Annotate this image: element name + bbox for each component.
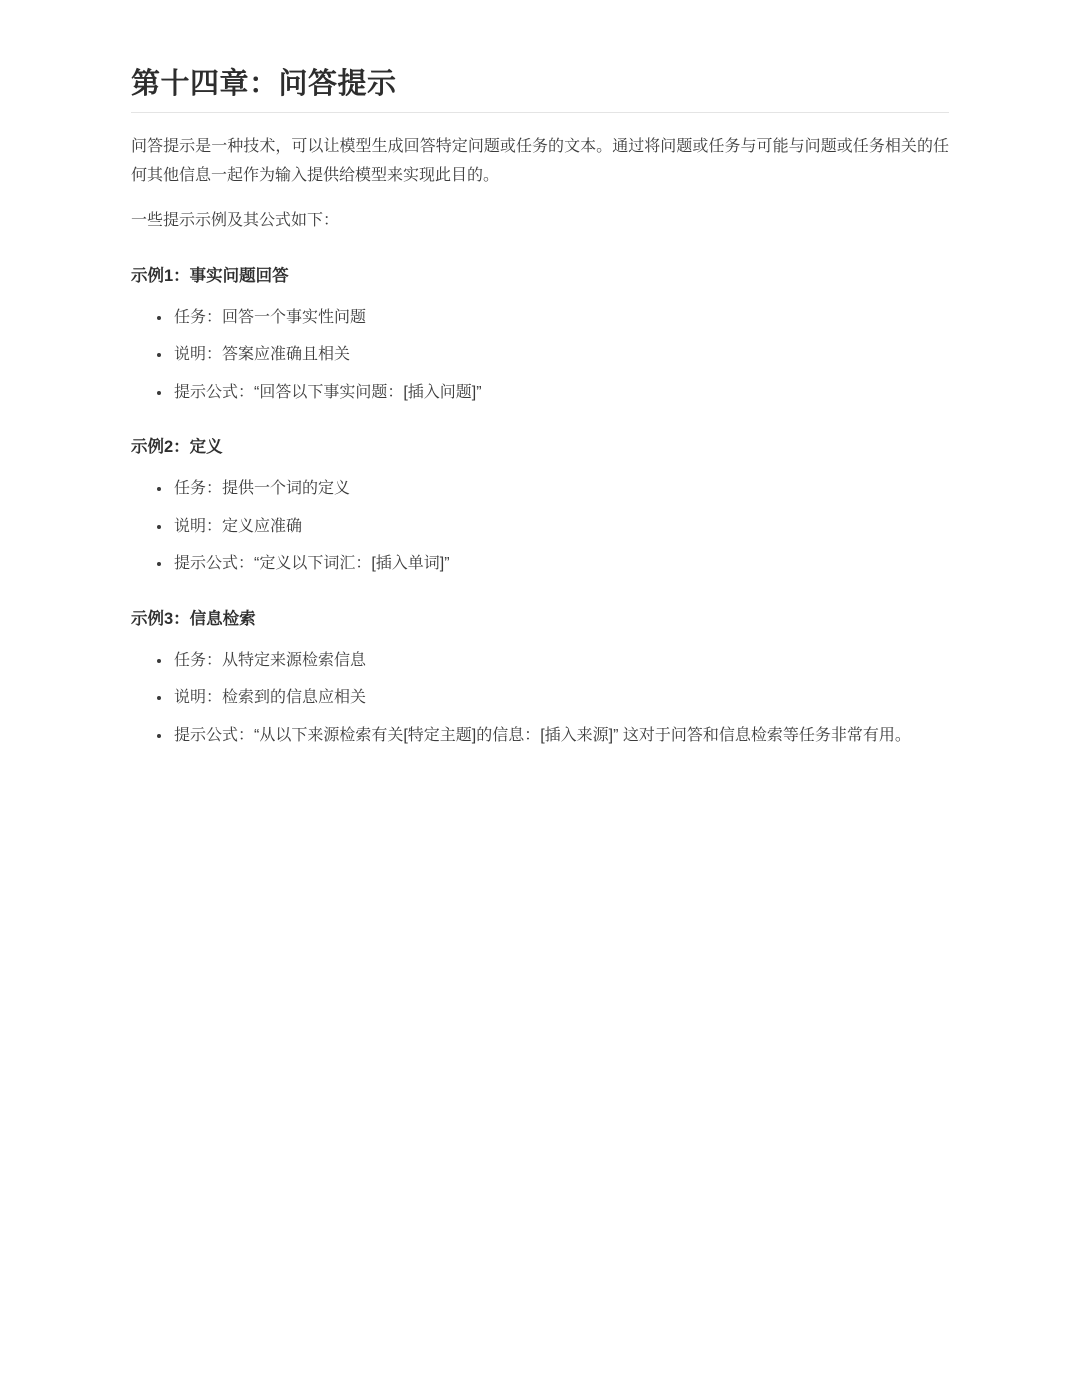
list-item-instruction: 说明：答案应准确且相关 bbox=[172, 341, 949, 369]
list-item-formula: 提示公式：“定义以下词汇：[插入单词]” bbox=[172, 550, 949, 578]
example-1-list: 任务：回答一个事实性问题 说明：答案应准确且相关 提示公式：“回答以下事实问题：… bbox=[131, 304, 949, 407]
page-title: 第十四章：问答提示 bbox=[131, 66, 949, 113]
list-item-instruction: 说明：检索到的信息应相关 bbox=[172, 684, 949, 712]
lead-paragraph: 一些提示示例及其公式如下： bbox=[131, 207, 949, 235]
list-item-task: 任务：从特定来源检索信息 bbox=[172, 647, 949, 675]
example-2-list: 任务：提供一个词的定义 说明：定义应准确 提示公式：“定义以下词汇：[插入单词]… bbox=[131, 475, 949, 578]
example-3-heading: 示例3：信息检索 bbox=[131, 605, 949, 633]
example-2-heading: 示例2：定义 bbox=[131, 433, 949, 461]
list-item-formula: 提示公式：“从以下来源检索有关[特定主题]的信息：[插入来源]” 这对于问答和信… bbox=[172, 722, 949, 750]
list-item-instruction: 说明：定义应准确 bbox=[172, 513, 949, 541]
list-item-formula: 提示公式：“回答以下事实问题：[插入问题]” bbox=[172, 379, 949, 407]
example-1-heading: 示例1：事实问题回答 bbox=[131, 262, 949, 290]
example-3-list: 任务：从特定来源检索信息 说明：检索到的信息应相关 提示公式：“从以下来源检索有… bbox=[131, 647, 949, 750]
list-item-task: 任务：回答一个事实性问题 bbox=[172, 304, 949, 332]
intro-paragraph: 问答提示是一种技术，可以让模型生成回答特定问题或任务的文本。通过将问题或任务与可… bbox=[131, 133, 949, 190]
document-page: 第十四章：问答提示 问答提示是一种技术，可以让模型生成回答特定问题或任务的文本。… bbox=[0, 0, 1080, 1397]
list-item-task: 任务：提供一个词的定义 bbox=[172, 475, 949, 503]
